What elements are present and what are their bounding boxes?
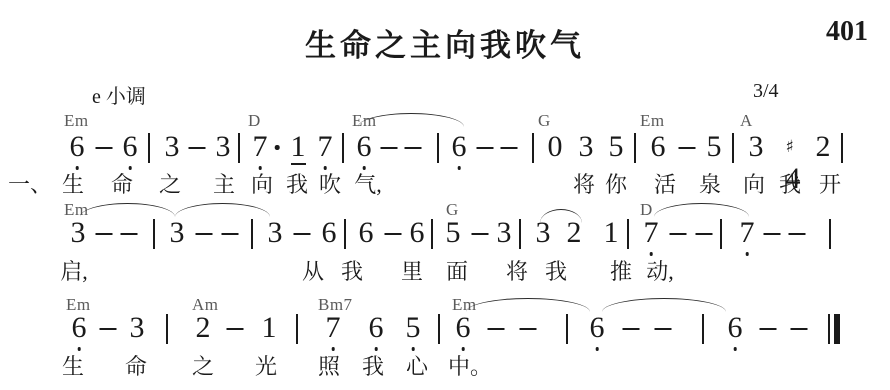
- note: 6: [72, 312, 87, 344]
- note: 3: [216, 131, 231, 163]
- lyric-syllable: 将: [506, 255, 528, 286]
- barline: [437, 133, 439, 163]
- note: 3: [170, 217, 185, 249]
- lyric-syllable: 我: [341, 255, 363, 286]
- note: 0: [548, 131, 563, 163]
- eighth-underline: [291, 163, 306, 165]
- final-barline-thick: [834, 314, 840, 344]
- note: 3: [130, 312, 145, 344]
- chord-label: G: [538, 111, 551, 131]
- lyric-syllable: 启,: [60, 255, 88, 286]
- note: 6: [369, 312, 384, 344]
- duration-dash: [623, 328, 640, 330]
- barline: [251, 219, 253, 249]
- duration-dash: [670, 233, 687, 235]
- lyric-syllable: 之: [159, 168, 181, 199]
- duration-dash: [385, 233, 402, 235]
- duration-dash: [222, 233, 239, 235]
- barline: [148, 133, 150, 163]
- note: 6: [123, 131, 138, 163]
- barline: [634, 133, 636, 163]
- lyric-syllable: 向: [743, 168, 765, 199]
- duration-dash: [472, 233, 489, 235]
- duration-dash: [405, 147, 422, 149]
- barline: [627, 219, 629, 249]
- note: 7: [318, 131, 333, 163]
- lyric-syllable: 命: [125, 350, 147, 381]
- lyric-syllable: 里: [401, 255, 423, 286]
- note-row: 663371766035653♯42: [0, 131, 890, 167]
- note: 6: [590, 312, 605, 344]
- note: 7: [740, 217, 755, 249]
- lyric-syllable: 照: [318, 350, 340, 381]
- lyric-syllable: 中。: [448, 350, 492, 381]
- note-row: 6321765666: [0, 312, 890, 348]
- note-row: 3336665332177: [0, 217, 890, 253]
- lyric-syllable: 活: [654, 168, 676, 199]
- lyric-syllable: 我: [545, 255, 567, 286]
- duration-dash: [789, 233, 806, 235]
- duration-dash: [381, 147, 398, 149]
- barline: [532, 133, 534, 163]
- barline: [732, 133, 734, 163]
- key-signature: e 小调: [92, 80, 146, 109]
- lyric-syllable: 主: [213, 168, 235, 199]
- time-signature: 3/4: [753, 80, 779, 103]
- barline: [344, 219, 346, 249]
- barline: [841, 133, 843, 163]
- note: 2: [196, 312, 211, 344]
- lyric-syllable: 我: [362, 350, 384, 381]
- chord-label: A: [740, 111, 753, 131]
- barline: [702, 314, 704, 344]
- barline: [829, 219, 831, 249]
- note: 3: [268, 217, 283, 249]
- lyric-syllable: 你: [605, 168, 627, 199]
- duration-dash: [520, 328, 537, 330]
- duration-dash: [189, 147, 206, 149]
- barline: [342, 133, 344, 163]
- lyric-syllable: 我: [779, 168, 801, 199]
- note: 5: [609, 131, 624, 163]
- duration-dash: [227, 328, 244, 330]
- lyric-syllable: 心: [406, 350, 428, 381]
- duration-dash: [96, 233, 113, 235]
- note: 6: [357, 131, 372, 163]
- lyric-syllable: 气,: [354, 168, 382, 199]
- note: 7: [326, 312, 341, 344]
- barline: [166, 314, 168, 344]
- barline: [720, 219, 722, 249]
- lyric-row: 一、生命之主向我吹气,将你活泉向我开: [0, 168, 890, 204]
- lyric-syllable: 光: [255, 350, 277, 381]
- lyric-syllable: 命: [111, 168, 133, 199]
- augmentation-dot: [275, 145, 280, 150]
- lyric-syllable: 将: [573, 168, 595, 199]
- note: 1: [604, 217, 619, 249]
- lyric-syllable: 生: [62, 350, 84, 381]
- note: 6: [359, 217, 374, 249]
- barline: [238, 133, 240, 163]
- lyric-syllable: 面: [446, 255, 468, 286]
- lyric-syllable: 我: [286, 168, 308, 199]
- lyric-syllable: 开: [819, 168, 841, 199]
- duration-dash: [696, 233, 713, 235]
- sheet-music-page: 生命之主向我吹气 401 e 小调 3/4 EmDEmGEmA663371766…: [0, 0, 890, 390]
- lyric-syllable: 推: [610, 255, 632, 286]
- duration-dash: [655, 328, 672, 330]
- note: 6: [452, 131, 467, 163]
- barline: [296, 314, 298, 344]
- chord-label: D: [248, 111, 261, 131]
- barline: [438, 314, 440, 344]
- sharp-icon: ♯: [786, 131, 801, 163]
- song-title: 生命之主向我吹气: [0, 20, 890, 65]
- chord-label: Em: [640, 111, 665, 131]
- lyric-row: 启,从我里面将我推动,: [0, 255, 890, 291]
- note: 5: [707, 131, 722, 163]
- note: 5: [446, 217, 461, 249]
- note: 5: [406, 312, 421, 344]
- final-barline-thin: [828, 314, 830, 344]
- note: 6: [651, 131, 666, 163]
- barline: [566, 314, 568, 344]
- note: 6: [456, 312, 471, 344]
- barline: [431, 219, 433, 249]
- note: 7: [644, 217, 659, 249]
- duration-dash: [477, 147, 494, 149]
- lyric-row: 生命之光照我心中。: [0, 350, 890, 386]
- note: 3: [497, 217, 512, 249]
- note: 3: [71, 217, 86, 249]
- duration-dash: [488, 328, 505, 330]
- note: 6: [728, 312, 743, 344]
- duration-dash: [760, 328, 777, 330]
- note: 3: [749, 131, 764, 163]
- note: 1: [291, 131, 306, 163]
- barline: [519, 219, 521, 249]
- lyric-syllable: 泉: [699, 168, 721, 199]
- duration-dash: [764, 233, 781, 235]
- duration-dash: [679, 147, 696, 149]
- duration-dash: [100, 328, 117, 330]
- note: 1: [262, 312, 277, 344]
- note: 3: [579, 131, 594, 163]
- barline: [153, 219, 155, 249]
- lyric-syllable: 吹: [319, 168, 341, 199]
- note: 6: [322, 217, 337, 249]
- note: 3: [165, 131, 180, 163]
- lyric-syllable: 生: [62, 168, 84, 199]
- duration-dash: [121, 233, 138, 235]
- duration-dash: [96, 147, 113, 149]
- note: 2: [816, 131, 831, 163]
- lyric-syllable: 动,: [646, 255, 674, 286]
- duration-dash: [196, 233, 213, 235]
- chord-label: Em: [64, 111, 89, 131]
- hymn-number: 401: [826, 16, 868, 48]
- duration-dash: [791, 328, 808, 330]
- note: 7: [253, 131, 268, 163]
- note: 6: [70, 131, 85, 163]
- lyric-syllable: 一、: [8, 168, 52, 199]
- lyric-syllable: 之: [192, 350, 214, 381]
- note: 6: [410, 217, 425, 249]
- lyric-syllable: 从: [302, 255, 324, 286]
- duration-dash: [294, 233, 311, 235]
- duration-dash: [501, 147, 518, 149]
- lyric-syllable: 向: [251, 168, 273, 199]
